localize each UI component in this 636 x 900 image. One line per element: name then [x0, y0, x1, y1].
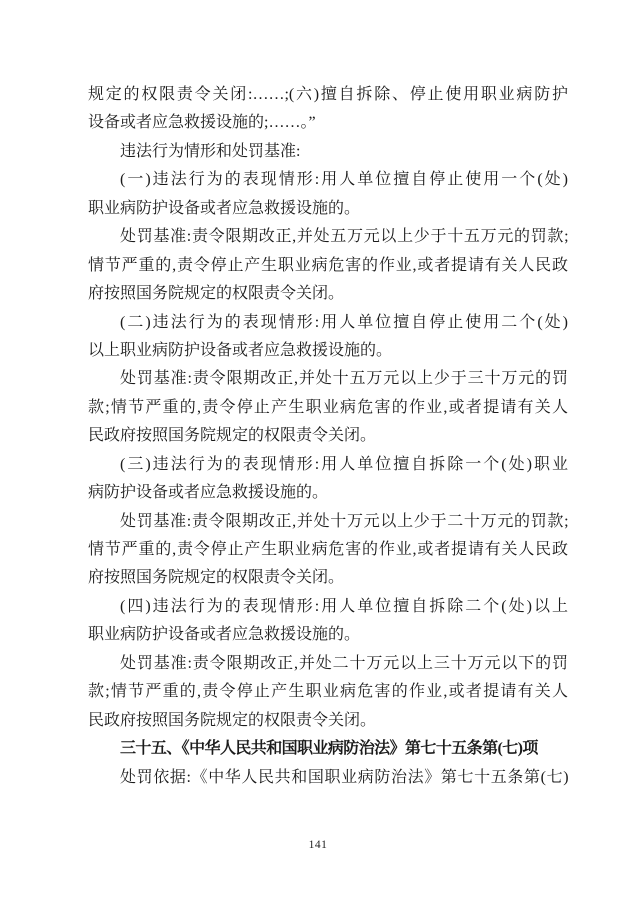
text-line: 情节严重的,责令停止产生职业病危害的作业,或者提请有关人民政 [88, 252, 568, 280]
text-line: 款;情节严重的,责令停止产生职业病危害的作业,或者提请有关人 [88, 678, 568, 706]
text-line: 情节严重的,责令停止产生职业病危害的作业,或者提请有关人民政 [88, 536, 568, 564]
text-line: (二)违法行为的表现情形:用人单位擅自停止使用二个(处) [88, 309, 568, 337]
text-line: 以上职业病防护设备或者应急救援设施的。 [88, 337, 568, 365]
page-footer: 141 [0, 835, 636, 853]
document-text: 规定的权限责令关闭:……;(六)擅自拆除、停止使用职业病防护设备或者应急救援设施… [88, 81, 568, 792]
text-line: 病防护设备或者应急救援设施的。 [88, 479, 568, 507]
text-line: 违法行为情形和处罚基准: [88, 138, 568, 166]
document-page: 规定的权限责令关闭:……;(六)擅自拆除、停止使用职业病防护设备或者应急救援设施… [0, 0, 636, 900]
page-number: 141 [309, 839, 328, 851]
text-line: 处罚基准:责令限期改正,并处十五万元以上少于三十万元的罚 [88, 365, 568, 393]
text-line: (三)违法行为的表现情形:用人单位擅自拆除一个(处)职业 [88, 451, 568, 479]
text-line: 处罚基准:责令限期改正,并处二十万元以上三十万元以下的罚 [88, 650, 568, 678]
text-line: 民政府按照国务院规定的权限责令关闭。 [88, 707, 568, 735]
text-line: (四)违法行为的表现情形:用人单位擅自拆除二个(处)以上 [88, 593, 568, 621]
text-line: 设备或者应急救援设施的;……。” [88, 109, 568, 137]
text-line: 款;情节严重的,责令停止产生职业病危害的作业,或者提请有关人 [88, 394, 568, 422]
text-line: 规定的权限责令关闭:……;(六)擅自拆除、停止使用职业病防护 [88, 81, 568, 109]
text-line: 府按照国务院规定的权限责令关闭。 [88, 280, 568, 308]
text-line: 民政府按照国务院规定的权限责令关闭。 [88, 422, 568, 450]
text-line: 职业病防护设备或者应急救援设施的。 [88, 621, 568, 649]
text-line: 府按照国务院规定的权限责令关闭。 [88, 564, 568, 592]
text-line: 处罚基准:责令限期改正,并处五万元以上少于十五万元的罚款; [88, 223, 568, 251]
text-line: 处罚依据:《中华人民共和国职业病防治法》第七十五条第(七) [88, 764, 568, 792]
text-line: 处罚基准:责令限期改正,并处十万元以上少于二十万元的罚款; [88, 508, 568, 536]
text-line: (一)违法行为的表现情形:用人单位擅自停止使用一个(处) [88, 166, 568, 194]
text-line: 职业病防护设备或者应急救援设施的。 [88, 195, 568, 223]
section-heading-line: 三十五、《中华人民共和国职业病防治法》第七十五条第(七)项 [88, 735, 568, 763]
